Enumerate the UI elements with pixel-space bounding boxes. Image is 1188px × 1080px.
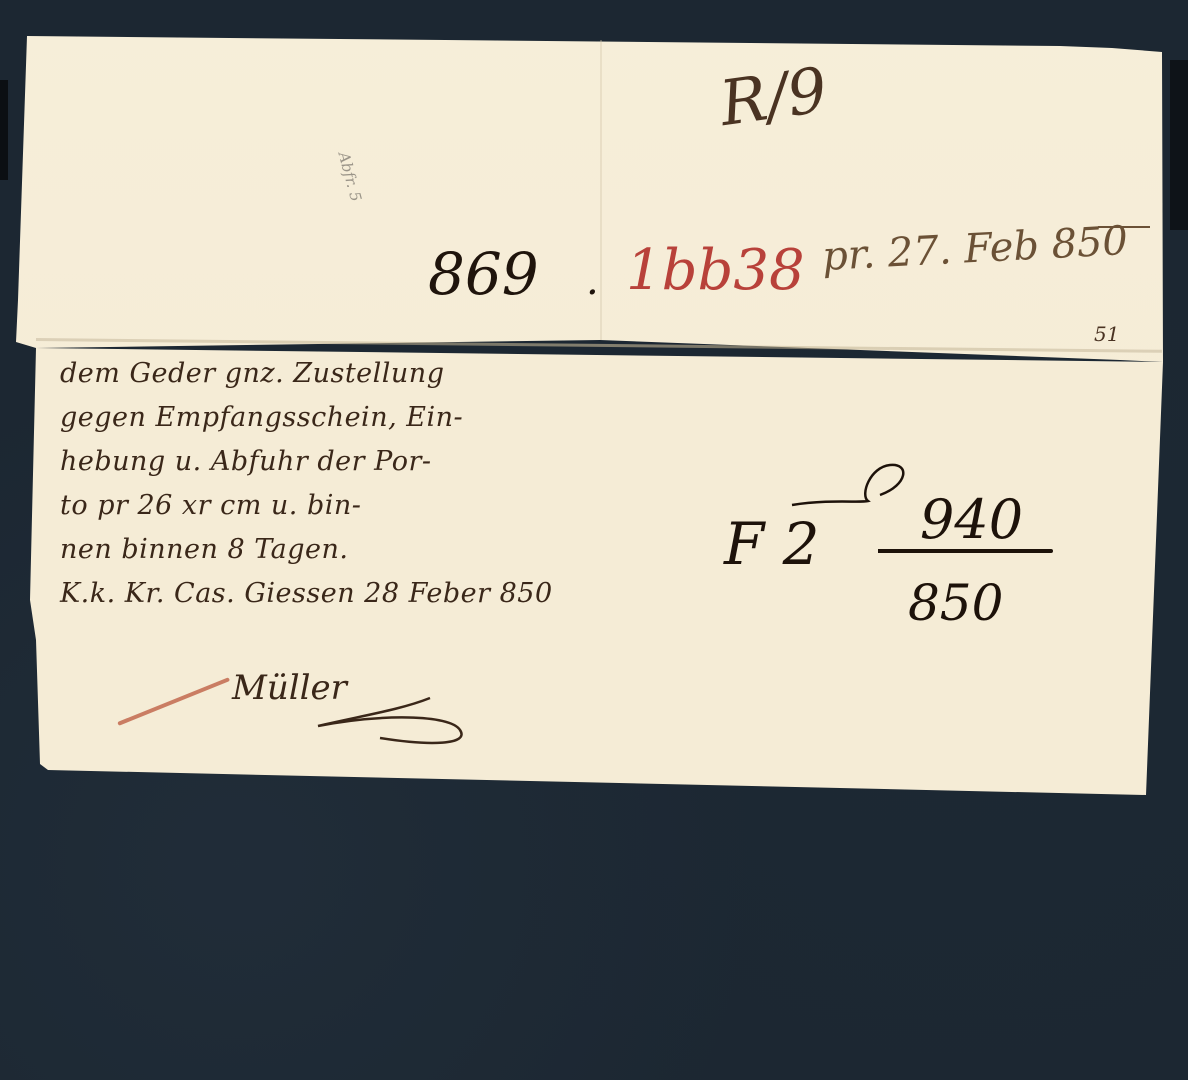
letter-body: dem Geder gnz. Zustellung gegen Empfangs…	[60, 352, 580, 616]
reference-prefix: F 2	[724, 510, 820, 578]
red-registry-number: 1bb38	[626, 238, 805, 303]
body-line: dem Geder gnz. Zustellung	[60, 352, 580, 396]
body-line: nen binnen 8 Tagen.	[60, 528, 580, 572]
registry-number: 869	[428, 240, 539, 308]
body-line: gegen Empfangsschein, Ein-	[60, 396, 580, 440]
signature-flourish	[300, 690, 480, 750]
document-sheet: Abfr. 5 R/9 869 . 1bb38 pr. 27. Feb 850 …	[0, 0, 1188, 1080]
dot-separator: .	[586, 258, 599, 304]
page-number: 51	[1094, 322, 1119, 346]
body-line: K.k. Kr. Cas. Giessen 28 Feber 850	[60, 572, 580, 616]
vertical-fold	[600, 40, 602, 340]
reference-denominator: 850	[908, 574, 1003, 632]
fraction-bar	[878, 549, 1053, 553]
reference-numerator: 940	[920, 488, 1023, 551]
folio-mark: R/9	[715, 53, 831, 140]
date-overline	[1098, 226, 1150, 228]
body-line: hebung u. Abfuhr der Por-	[60, 440, 580, 484]
reference-flourish	[790, 455, 910, 515]
body-line: to pr 26 xr cm u. bin-	[60, 484, 580, 528]
